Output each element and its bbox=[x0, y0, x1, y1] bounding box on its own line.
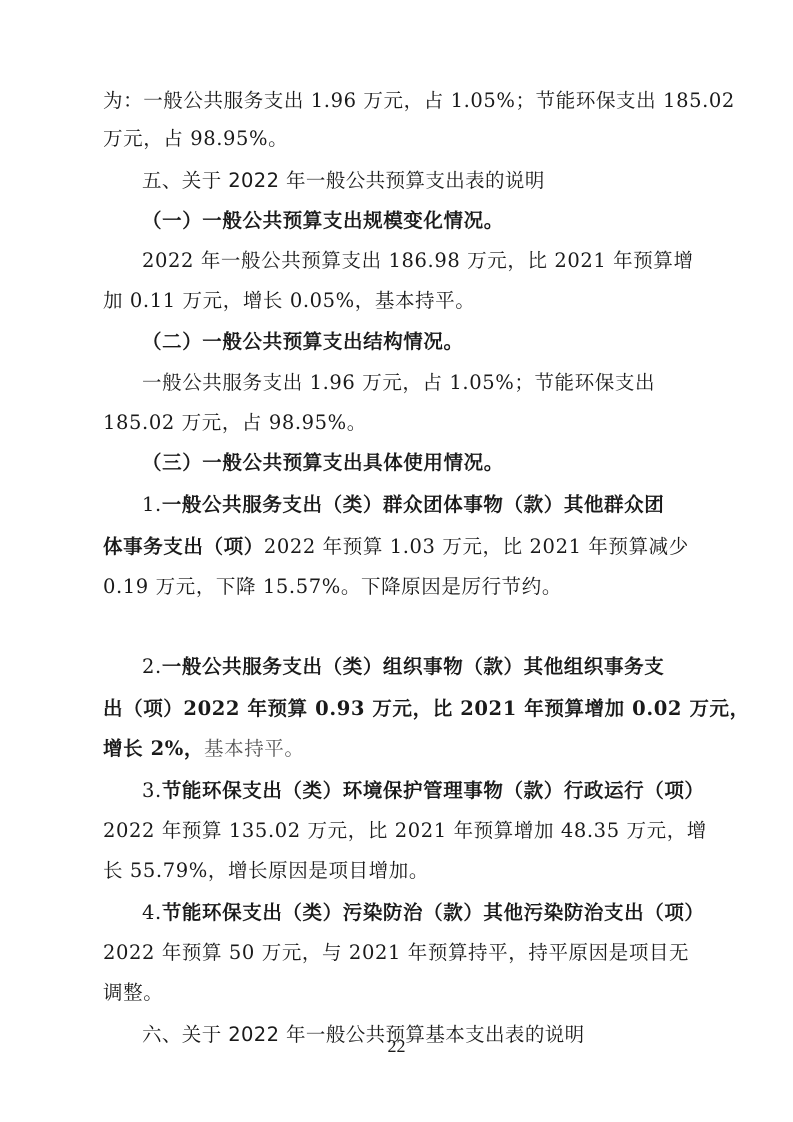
paragraph-line: 一般公共服务支出 1.96 万元，占 1.05%；节能环保支出 bbox=[142, 364, 655, 402]
item-number: 4. bbox=[142, 901, 162, 924]
subheading-1: （一）一般公共预算支出规模变化情况。 bbox=[142, 202, 504, 240]
item-text-bold: 增长 2%， bbox=[103, 737, 204, 760]
subheading-3: （三）一般公共预算支出具体使用情况。 bbox=[142, 444, 504, 482]
item-number: 2. bbox=[142, 655, 162, 678]
section-heading-5: 五、关于 2022 年一般公共预算支出表的说明 bbox=[142, 162, 545, 200]
item-2-line-1: 2.一般公共服务支出（类）组织事物（款）其他组织事务支 bbox=[142, 648, 664, 686]
item-1-line-1: 1.一般公共服务支出（类）群众团体事物（款）其他群众团 bbox=[142, 486, 664, 524]
item-4-line-2: 2022 年预算 50 万元，与 2021 年预算持平，持平原因是项目无 bbox=[103, 934, 689, 972]
item-number: 3. bbox=[142, 779, 162, 802]
paragraph-line: 2022 年一般公共预算支出 186.98 万元，比 2021 年预算增 bbox=[142, 242, 694, 280]
paragraph-line: 为：一般公共服务支出 1.96 万元，占 1.05%；节能环保支出 185.02 bbox=[103, 82, 735, 120]
item-title: 节能环保支出（类）环境保护管理事物（款）行政运行（项） bbox=[162, 779, 705, 802]
item-title-cont: 体事务支出（项） bbox=[103, 535, 264, 558]
paragraph-line: 万元，占 98.95%。 bbox=[103, 120, 288, 158]
paragraph-line: 185.02 万元，占 98.95%。 bbox=[103, 404, 367, 442]
paragraph-line: 加 0.11 万元，增长 0.05%，基本持平。 bbox=[103, 282, 475, 320]
item-title: 节能环保支出（类）污染防治（款）其他污染防治支出（项） bbox=[162, 901, 705, 924]
item-title: 一般公共服务支出（类）组织事物（款）其他组织事务支 bbox=[162, 655, 665, 678]
item-number: 1. bbox=[142, 493, 162, 516]
item-3-line-3: 长 55.79%，增长原因是项目增加。 bbox=[103, 852, 429, 890]
page-number: 22 bbox=[0, 1036, 793, 1057]
item-text: 基本持平。 bbox=[204, 737, 305, 760]
item-4-line-3: 调整。 bbox=[103, 974, 163, 1012]
item-1-line-3: 0.19 万元，下降 15.57%。下降原因是厉行节约。 bbox=[103, 568, 562, 606]
item-1-line-2: 体事务支出（项）2022 年预算 1.03 万元，比 2021 年预算减少 bbox=[103, 528, 689, 566]
subheading-2: （二）一般公共预算支出结构情况。 bbox=[142, 323, 464, 361]
item-text: 2022 年预算 1.03 万元，比 2021 年预算减少 bbox=[264, 535, 689, 558]
item-2-line-3: 增长 2%，基本持平。 bbox=[103, 730, 305, 768]
item-3-line-2: 2022 年预算 135.02 万元，比 2021 年预算增加 48.35 万元… bbox=[103, 812, 707, 850]
item-4-line-1: 4.节能环保支出（类）污染防治（款）其他污染防治支出（项） bbox=[142, 894, 705, 932]
item-2-line-2: 出（项）2022 年预算 0.93 万元，比 2021 年预算增加 0.02 万… bbox=[103, 690, 750, 728]
item-title: 一般公共服务支出（类）群众团体事物（款）其他群众团 bbox=[162, 493, 665, 516]
item-3-line-1: 3.节能环保支出（类）环境保护管理事物（款）行政运行（项） bbox=[142, 772, 705, 810]
